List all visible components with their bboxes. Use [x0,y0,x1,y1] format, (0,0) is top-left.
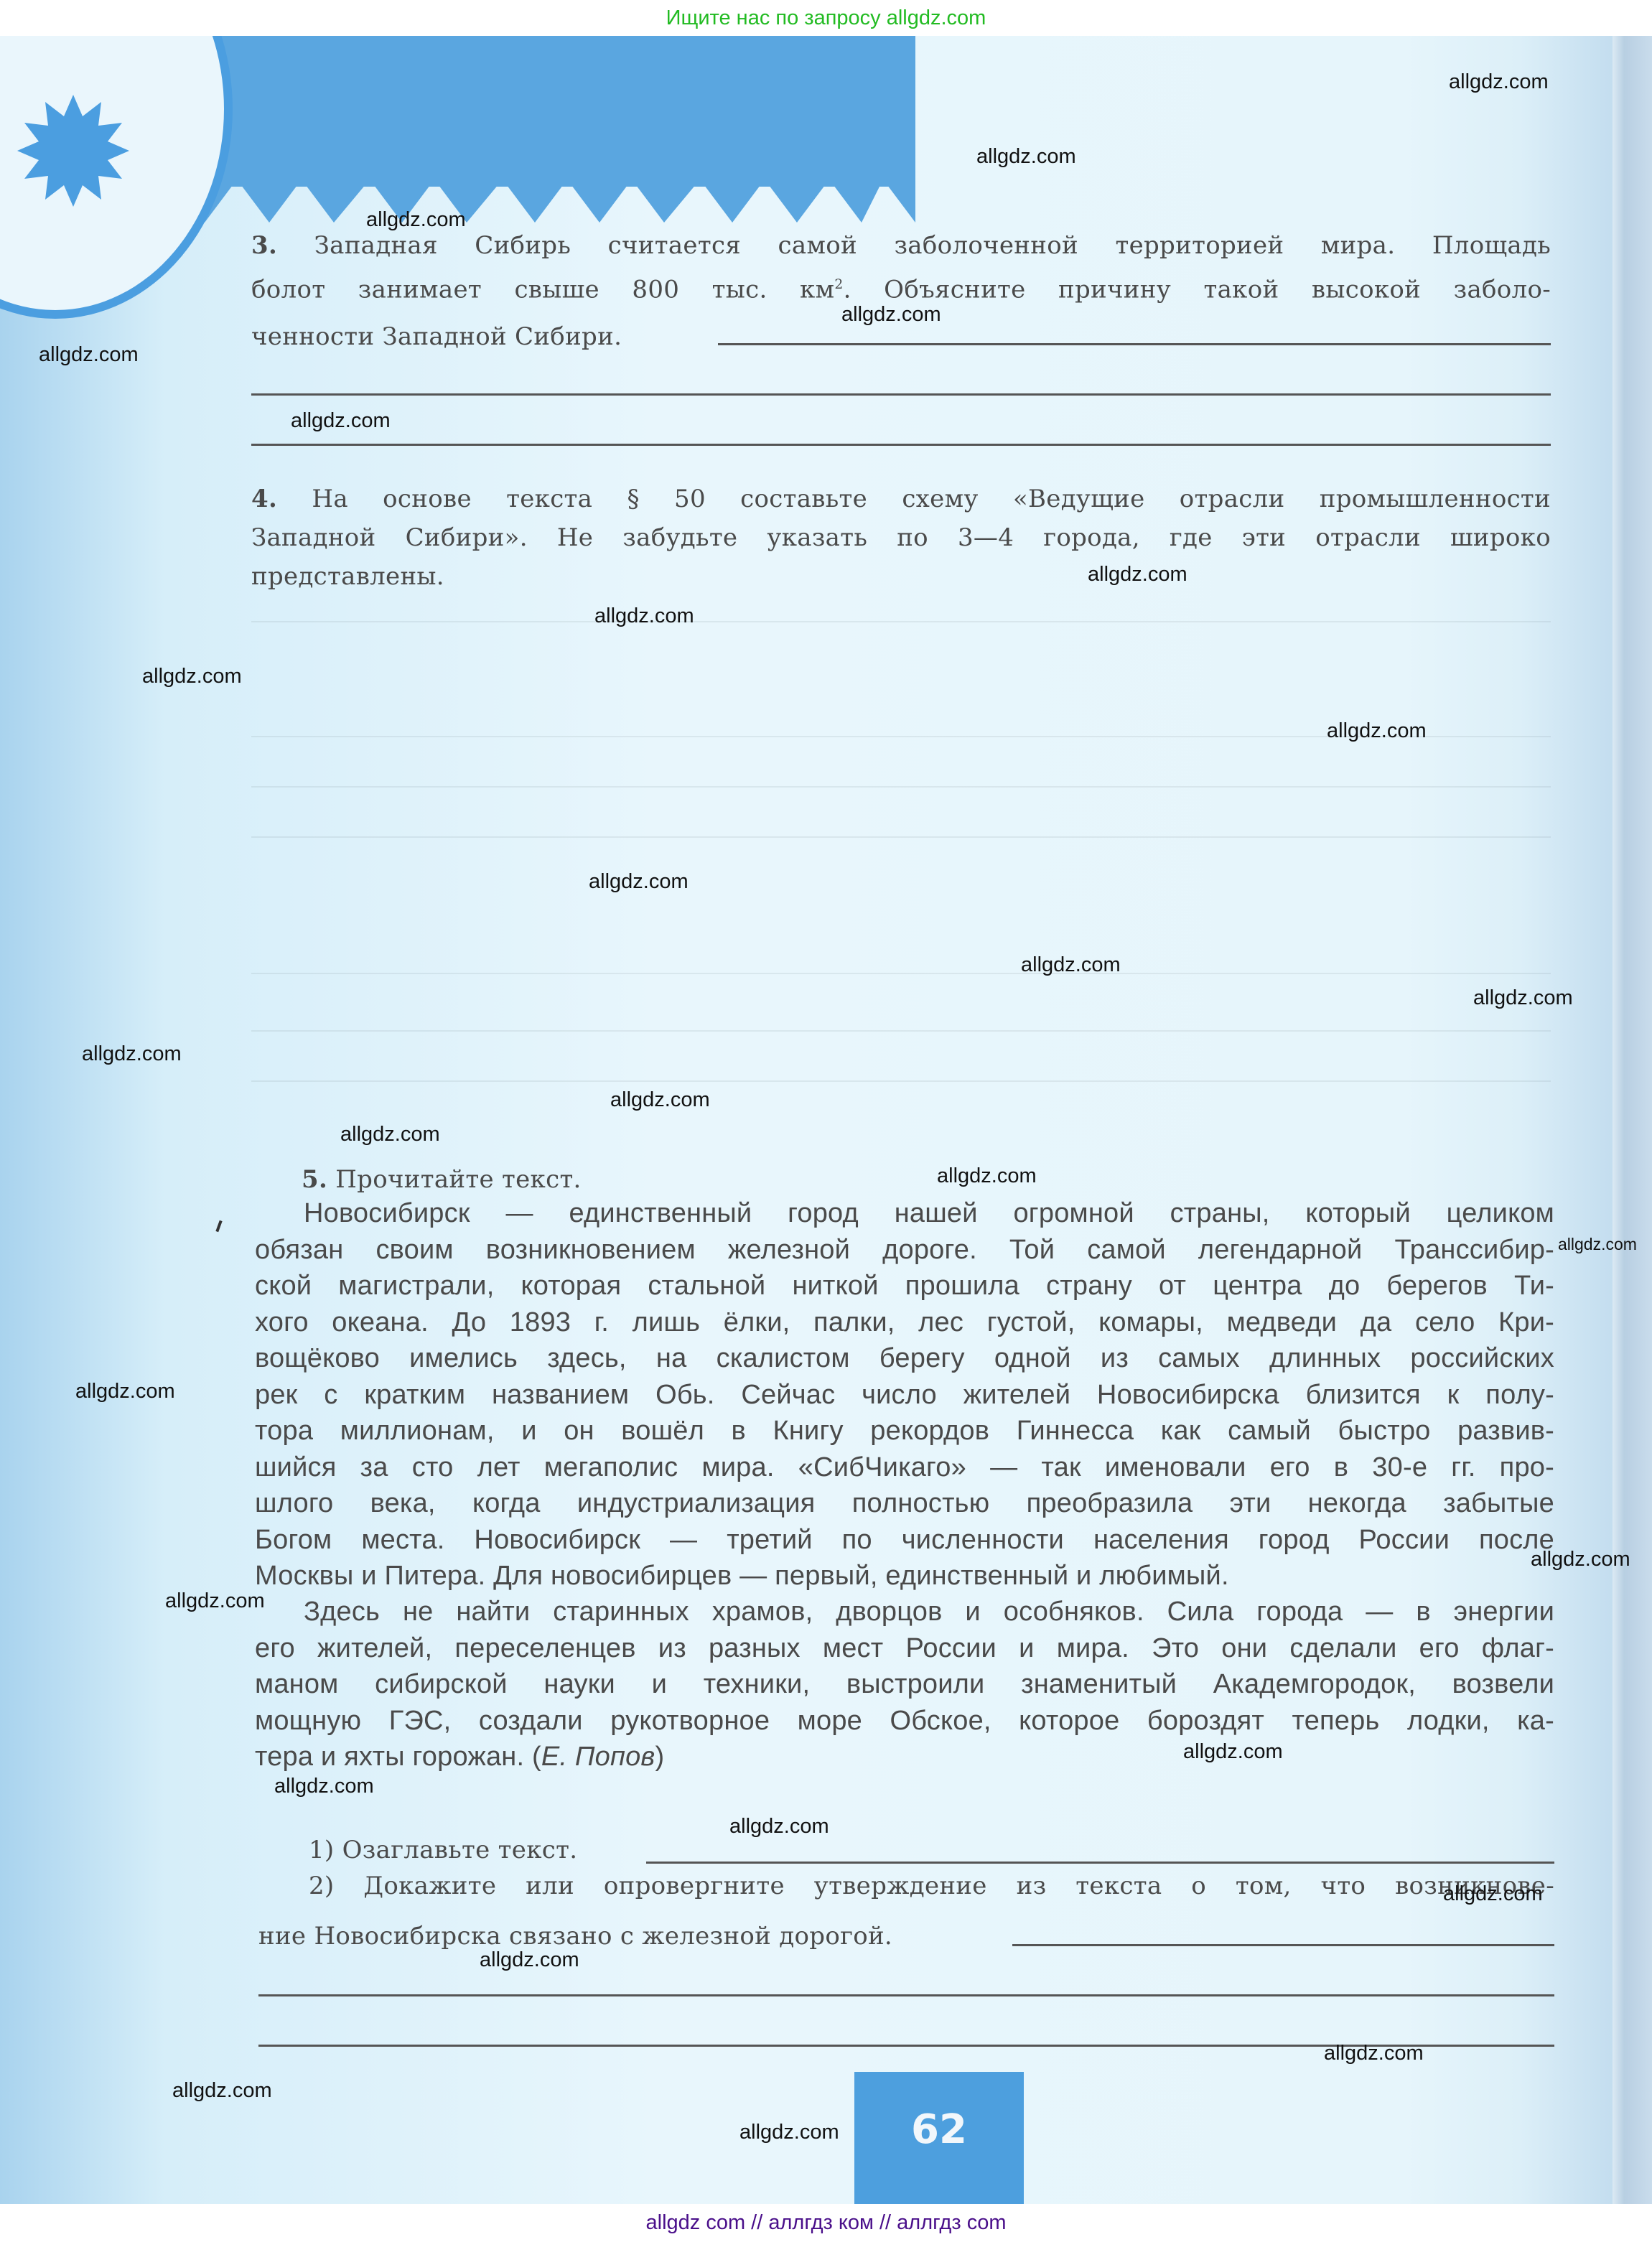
watermark: allgdz.com [172,2079,272,2103]
twelve-point-star-icon [16,93,131,208]
workbook-page: 3. Западная Сибирь считается самой забол… [0,36,1652,2204]
search-banner-text[interactable]: Ищите нас по запросу allgdz.com [666,6,986,29]
answer-line[interactable] [1012,1944,1554,1946]
task4-line2: Западной Сибири». Не забудьте указать по… [251,518,1551,557]
author-name: Е. Попов [541,1742,655,1772]
top-banner: Ищите нас по запросу allgdz.com [0,0,1652,36]
bottom-banner: allgdz com // аллгдз ком // аллгдз com [0,2204,1652,2242]
answer-line[interactable] [251,444,1551,446]
watermark: allgdz.com [1088,563,1187,587]
task3-number: 3. [251,231,277,260]
task4-line3: представлены. [251,557,444,596]
ghost-line [251,1030,1551,1032]
task3-line1: 3. Западная Сибирь считается самой забол… [251,226,1551,265]
task5-paragraph1: Новосибирск — единственный город нашей о… [255,1195,1554,1594]
watermark: allgdz.com [1531,1548,1630,1571]
task3-line3: ченности Западной Сибири. [251,317,622,356]
task5-question2-line1: 2) Докажите или опровергните утверждение… [258,1867,1554,1905]
page-number: 62 [911,2106,967,2153]
answer-line[interactable] [258,1994,1554,1996]
watermark: allgdz.com [1558,1235,1637,1254]
watermark: allgdz.com [729,1815,829,1839]
watermark: allgdz.com [841,303,941,327]
watermark: allgdz.com [165,1589,265,1613]
task5-number: 5. [302,1165,327,1194]
task4-line1: 4. На основе текста § 50 составьте схему… [251,480,1551,518]
ghost-line [251,621,1551,622]
watermark: allgdz.com [340,1123,440,1146]
watermark: allgdz.com [739,2121,839,2144]
task5-paragraph2: Здесь не найти старинных храмов, дворцов… [255,1594,1554,1775]
watermark: allgdz.com [82,1042,182,1066]
ghost-line [251,786,1551,788]
watermark: allgdz.com [274,1775,374,1798]
watermark: allgdz.com [480,1948,579,1972]
watermark: allgdz.com [1443,1882,1543,1906]
task5-heading: 5. Прочитайте текст. [302,1160,582,1199]
watermark: allgdz.com [1449,70,1549,94]
answer-line[interactable] [718,343,1551,345]
watermark: allgdz.com [610,1088,710,1112]
footer-links[interactable]: allgdz com // аллгдз ком // аллгдз com [646,2211,1007,2234]
watermark: allgdz.com [1324,2042,1424,2065]
watermark: allgdz.com [589,870,689,894]
ghost-line [251,1080,1551,1082]
watermark: allgdz.com [976,145,1076,169]
pen-mark [215,1220,222,1232]
watermark: allgdz.com [75,1380,175,1403]
watermark: allgdz.com [366,208,466,232]
watermark: allgdz.com [142,665,242,688]
watermark: allgdz.com [1021,953,1121,977]
watermark: allgdz.com [1327,719,1427,743]
watermark: allgdz.com [937,1164,1037,1188]
answer-line[interactable] [646,1862,1554,1864]
ghost-line [251,836,1551,838]
answer-line[interactable] [251,393,1551,396]
task4-number: 4. [251,485,277,513]
watermark: allgdz.com [1473,986,1573,1010]
watermark: allgdz.com [594,604,694,628]
watermark: allgdz.com [291,409,391,433]
page-binding-edge [1613,36,1652,2204]
watermark: allgdz.com [1183,1740,1283,1764]
watermark: allgdz.com [39,343,139,367]
task5-question1: 1) Озаглавьте текст. [309,1831,577,1869]
ghost-line [251,973,1551,974]
page-number-box: 62 [854,2072,1024,2204]
